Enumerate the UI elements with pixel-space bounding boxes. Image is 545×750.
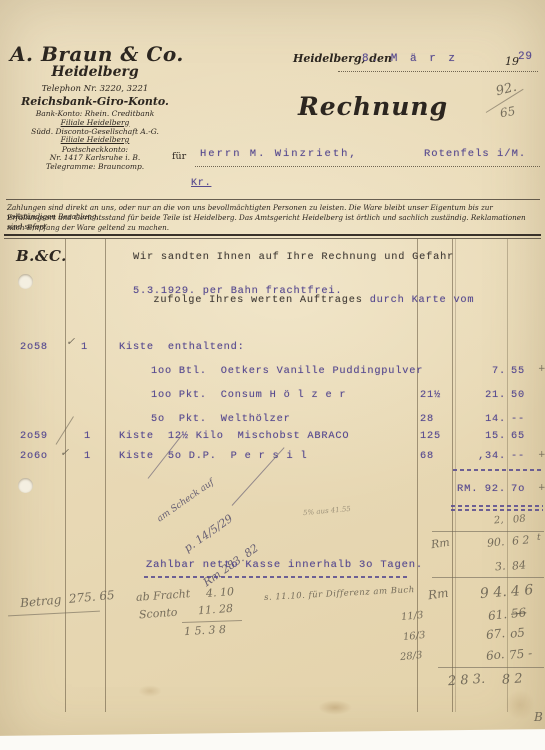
item-qty: 1: [81, 341, 88, 353]
difference-note: s. 11.10. für Differenz am Buch: [264, 585, 415, 603]
recipient-underline: [195, 165, 540, 167]
total-pf: 7o: [511, 483, 525, 495]
item-no: 2o59: [20, 430, 48, 442]
recipient-place: Rotenfels i/M.: [424, 148, 526, 160]
abzug-sum: 1 5. 3 8: [184, 623, 227, 638]
item-amount-mark: 21.: [452, 389, 506, 401]
item-qty: 1: [84, 430, 91, 442]
item-no: 2o6o: [20, 450, 48, 462]
betrag-underline: [8, 611, 100, 617]
ledger-pf: 6 2: [511, 533, 530, 547]
scheck-note-line-2: p. 14/5/29: [177, 509, 239, 558]
corner-number-bottom: 65: [499, 104, 516, 120]
ledger-pf: 56: [510, 605, 527, 621]
ledger-mark: 2,: [493, 515, 504, 527]
corner-pencil-mark: B: [534, 710, 543, 724]
ledger-mark: 6o.: [485, 647, 505, 663]
item-desc: Kiste enthaltend:: [119, 341, 245, 353]
intro-line-3: 5.3.1929. per Bahn frachtfrei.: [133, 285, 342, 297]
company-name: A. Braun & Co.: [10, 42, 180, 66]
item-amount-pf: --: [511, 450, 525, 462]
betrag-note: Betrag 275. 65: [20, 588, 116, 610]
ledger-label: Rm: [427, 586, 449, 603]
scheck-note-line-1: am Scheck auf: [155, 477, 217, 526]
ledger-pf: 84: [511, 558, 526, 572]
item-amount-pf: --: [511, 413, 525, 425]
ledger-label: Rm: [430, 536, 450, 551]
ledger-date: 11/3: [400, 610, 423, 623]
company-telephone: Telephon Nr. 3220, 3221: [10, 84, 180, 94]
giro-heading: Reichsbank-Giro-Konto.: [10, 95, 180, 108]
item-amount-mark: 14.: [452, 413, 506, 425]
paper-stain: [138, 685, 162, 697]
ledger-total-mark: 2 8 3.: [448, 672, 486, 690]
item-desc: 1oo Pkt. Consum H ö l z e r: [151, 389, 346, 401]
column-line-5: [507, 239, 508, 712]
corner-number-top: 92.: [494, 80, 518, 100]
ledger-pf: 4 6: [510, 582, 534, 600]
total-dashed-rule-top: [453, 469, 543, 471]
total-double-dash-1: [451, 505, 543, 507]
dateline-year-printed: 19: [505, 55, 519, 68]
ledger-rule-1: [432, 531, 544, 532]
item-amount-mark: ,34.: [452, 450, 506, 462]
ledger-mark: 67.: [485, 626, 505, 642]
pencil-tick: +: [538, 364, 545, 374]
check-mark: ✓: [66, 335, 75, 348]
intro-line-2-purple: durch Karte vom: [370, 294, 475, 306]
dateline-underline: [338, 70, 538, 72]
column-line-1: [65, 239, 66, 712]
total-double-dash-2: [451, 509, 543, 511]
pencil-tick: +: [538, 450, 545, 460]
check-mark: ✓: [60, 446, 69, 459]
stamp-code: B.&C.: [16, 247, 67, 265]
table-top-rule-thin: [4, 238, 541, 239]
ledger-total-rule: [438, 667, 544, 668]
punch-hole-bottom: [18, 478, 33, 493]
bank-line-2: Filiale Heidelberg: [10, 118, 180, 127]
table-top-rule-thick: [4, 234, 541, 236]
ledger-mark: 3.: [494, 559, 506, 573]
item-price: 21½: [420, 389, 441, 401]
ledger-total-pf: 8 2: [502, 671, 524, 687]
item-amount-pf: 65: [511, 430, 525, 442]
recipient-name: Herrn M. Winzrieth,: [200, 148, 358, 160]
header-rule: [6, 199, 540, 200]
item-amount-pf: 50: [511, 389, 525, 401]
ledger-date: 28/3: [399, 650, 422, 663]
ledger-mark: 90.: [486, 535, 505, 549]
ledger-mark: 61.: [487, 607, 507, 623]
ledger-pf: 75 -: [508, 646, 532, 662]
ledger-mark: 9 4.: [479, 584, 507, 602]
ledger-pf: o5: [509, 625, 525, 640]
sconto-amount: 11. 28: [198, 602, 234, 617]
payment-note: Zahlbar netto Kasse innerhalb 3o Tagen.: [146, 559, 423, 571]
dateline-typed-date: 8. M ä r z: [362, 53, 458, 65]
punch-hole-top: [18, 274, 33, 289]
kr-label: Kr.: [191, 178, 211, 189]
bank-line-7: Telegramme: Brauncomp.: [10, 162, 180, 171]
item-amount-pf: 55: [511, 365, 525, 377]
item-price: 68: [420, 450, 434, 462]
item-amount-mark: 7.: [452, 365, 506, 377]
item-price: 125: [420, 430, 441, 442]
item-desc: Kiste 12½ Kilo Mischobst ABRACO: [119, 430, 349, 442]
bank-line-4: Filiale Heidelberg: [10, 135, 180, 144]
ledger-rule-2: [432, 577, 544, 578]
ledger-pf: 08: [512, 513, 526, 525]
paper-stain: [318, 700, 352, 715]
company-city: Heidelberg: [10, 64, 180, 80]
scan-background-edge: [0, 727, 545, 750]
terms-line-3: nach Empfang der Ware geltend zu machen.: [7, 223, 540, 232]
item-qty: 1: [84, 450, 91, 462]
dateline-year-typed: 29: [518, 51, 533, 63]
fracht-label: ab Fracht: [136, 587, 191, 604]
fracht-amount: 4. 10: [206, 585, 235, 600]
pencil-tick: +: [538, 483, 545, 493]
paper-stain: [505, 690, 535, 720]
total-mark: 92.: [452, 483, 506, 495]
ledger-date: 16/3: [402, 630, 425, 643]
page-title: Rechnung: [298, 92, 408, 121]
recipient-fuer-label: für: [172, 151, 186, 162]
item-desc: 5o Pkt. Welthölzer: [151, 413, 291, 425]
invoice-document: A. Braun & Co. Heidelberg Telephon Nr. 3…: [0, 0, 545, 750]
item-no: 2o58: [20, 341, 48, 353]
column-line-2: [105, 239, 106, 712]
sconto-label: Sconto: [139, 606, 178, 622]
pencil-tick-t: t: [537, 533, 541, 543]
bank-line-6: Nr. 1417 Karlsruhe i. B.: [10, 153, 180, 162]
item-desc: 1oo Btl. Oetkers Vanille Puddingpulver: [151, 365, 423, 377]
intro-line-1: Wir sandten Ihnen auf Ihre Rechnung und …: [133, 251, 454, 263]
percent-note: 5% aus 41.55: [303, 505, 351, 517]
payment-note-underline: [144, 576, 410, 578]
item-price: 28: [420, 413, 434, 425]
item-amount-mark: 15.: [452, 430, 506, 442]
